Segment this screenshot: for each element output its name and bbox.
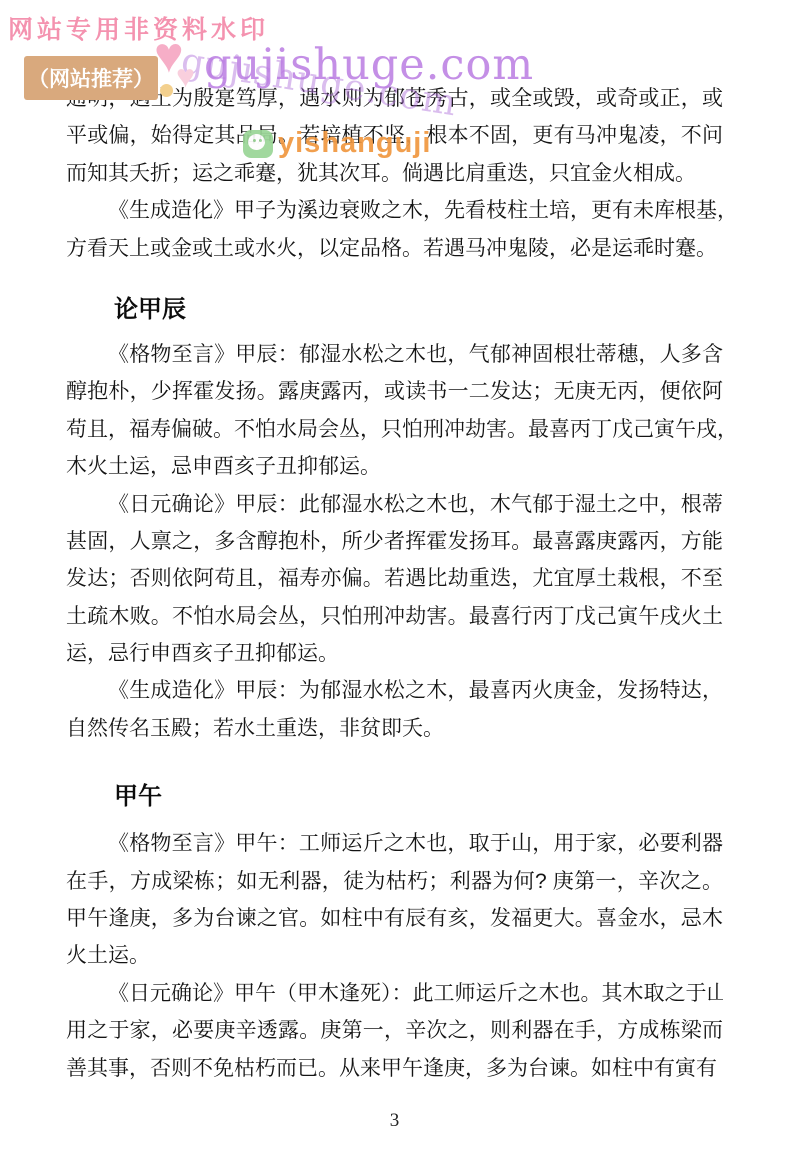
text-line: 善其事，否则不免枯朽而已。从来甲午逢庚，多为台谏。如柱中有寅有 — [66, 1050, 723, 1087]
paragraph: 《日元确论》甲午（甲木逢死）：此工师运斤之木也。其木取之于山，用之于家，必要庚辛… — [66, 975, 723, 1087]
text-line: 用之于家，必要庚辛透露。庚第一，辛次之，则利器在手，方成栋梁而 — [66, 1012, 723, 1049]
text-line: 运，忌行申酉亥子丑抑郁运。 — [66, 635, 723, 672]
text-line: 火土运。 — [66, 937, 723, 974]
text-line: 苟且，福寿偏破。不怕水局会丛，只怕刑冲劫害。最喜丙丁戊己寅午戌， — [66, 411, 723, 448]
text-line: 木火土运，忌申酉亥子丑抑郁运。 — [66, 448, 723, 485]
site-recommend-badge: （网站推荐） — [24, 56, 158, 100]
text-line: 《格物至言》甲午：工师运斤之木也，取于山，用于家，必要利器 — [66, 825, 723, 862]
text-line: 甲午逢庚，多为台谏之官。如柱中有辰有亥，发福更大。喜金水，忌木 — [66, 900, 723, 937]
scanned-book-page: 网站专用非资料水印 （网站推荐） ♥ ♥ gujishuge.com gujis… — [0, 0, 789, 1158]
text-line: 《生成造化》甲子为溪边衰败之木，先看枝柱土培，更有未库根基， — [66, 192, 723, 229]
text-line: 甚固，人禀之，多含醇抱朴，所少者挥霍发扬耳。最喜露庚露丙，方能 — [66, 523, 723, 560]
page-number: 3 — [0, 1110, 789, 1132]
text-column: 通明，遇土为殷寔笃厚，遇水则为郁苍秀古，或全或毁，或奇或正，或平或偏，始得定其品… — [66, 80, 723, 1087]
dot-icon — [160, 84, 173, 97]
text-line: 《日元确论》甲辰：此郁湿水松之木也，木气郁于湿土之中，根蒂 — [66, 486, 723, 523]
text-line: 醇抱朴，少挥霍发扬。露庚露丙，或读书一二发达；无庚无丙，便依阿 — [66, 373, 723, 410]
section-heading: 论甲辰 — [66, 290, 723, 330]
site-logo-watermark: gujishuge.com — [204, 40, 534, 90]
text-line: 《生成造化》甲辰：为郁湿水松之木，最喜丙火庚金，发扬特达， — [66, 672, 723, 709]
paragraph: 《日元确论》甲辰：此郁湿水松之木也，木气郁于湿土之中，根蒂甚固，人禀之，多含醇抱… — [66, 486, 723, 673]
corner-watermark-text: 网站专用非资料水印 — [8, 10, 269, 46]
text-line: 发达；否则依阿苟且，福寿亦偏。若遇比劫重迭，尤宜厚土栽根，不至 — [66, 560, 723, 597]
section-heading: 甲午 — [66, 777, 723, 817]
text-line: 方看天上或金或土或水火，以定品格。若遇马冲鬼陵，必是运乖时蹇。 — [66, 230, 723, 267]
paragraph: 《生成造化》甲辰：为郁湿水松之木，最喜丙火庚金，发扬特达，自然传名玉殿；若水土重… — [66, 672, 723, 747]
text-line: 在手，方成梁栋；如无利器，徒为枯朽；利器为何? 庚第一，辛次之。 — [66, 863, 723, 900]
paragraph: 《格物至言》甲午：工师运斤之木也，取于山，用于家，必要利器在手，方成梁栋；如无利… — [66, 825, 723, 975]
text-line: 土疏木败。不怕水局会丛，只怕刑冲劫害。最喜行丙丁戊己寅午戌火土 — [66, 598, 723, 635]
chat-app-icon — [243, 130, 273, 158]
heart-icon: ♥ — [176, 60, 195, 92]
text-line: 而知其夭折；运之乖蹇，犹其次耳。倘遇比肩重迭，只宜金火相成。 — [66, 155, 723, 192]
text-line: 《日元确论》甲午（甲木逢死）：此工师运斤之木也。其木取之于山， — [66, 975, 723, 1012]
text-line: 《格物至言》甲辰：郁湿水松之木也，气郁神固根壮蒂穗，人多含 — [66, 336, 723, 373]
mid-watermark-text: yishanguji — [278, 127, 431, 160]
paragraph: 《生成造化》甲子为溪边衰败之木，先看枝柱土培，更有未库根基，方看天上或金或土或水… — [66, 192, 723, 267]
text-line: 自然传名玉殿；若水土重迭，非贫即夭。 — [66, 710, 723, 747]
mid-watermark: yishanguji — [243, 127, 431, 160]
paragraph: 《格物至言》甲辰：郁湿水松之木也，气郁神固根壮蒂穗，人多含醇抱朴，少挥霍发扬。露… — [66, 336, 723, 486]
